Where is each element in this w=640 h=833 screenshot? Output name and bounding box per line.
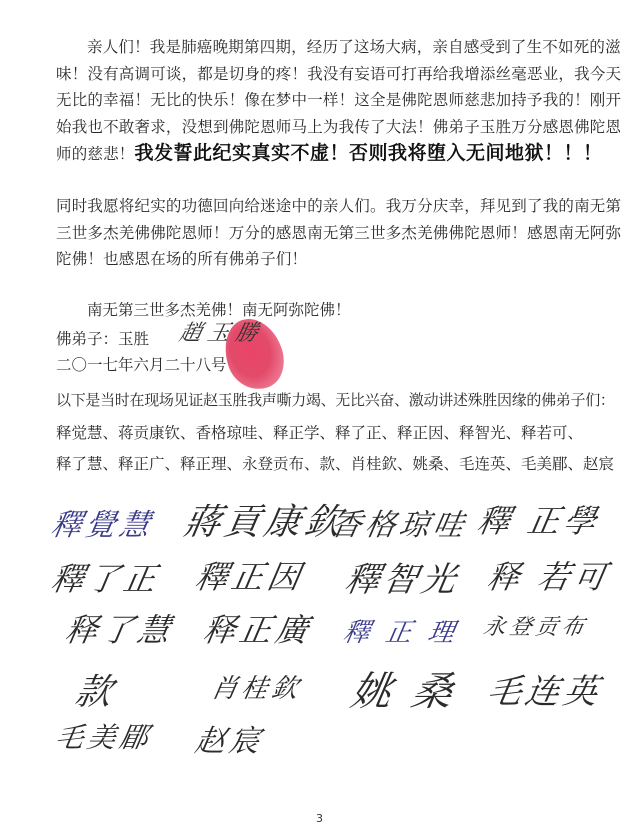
date-line: 二〇一七年六月二十八号 — [56, 353, 227, 375]
signature: 香格琼哇 — [328, 500, 472, 544]
signature: 释正廣 — [200, 605, 316, 651]
signature: 赵宸 — [192, 716, 268, 760]
disciple-name: 佛弟子：玉胜 — [56, 327, 149, 349]
signature: 釋 正 理 — [341, 612, 462, 649]
signature: 釋正因 — [192, 552, 308, 598]
witness-intro: 以下是当时在现场见证赵玉胜我声嘶力竭、无比兴奋、激动讲述殊胜因缘的佛弟子们： — [56, 389, 615, 410]
signature: 毛美郿 — [52, 716, 155, 756]
testimony-paragraph: 亲人们！我是肺癌晚期第四期，经历了这场大病，亲自感受到了生不如死的滋味！没有高调… — [56, 34, 624, 168]
signature: 毛连英 — [484, 664, 607, 713]
signature: 釋覺慧 — [48, 500, 158, 544]
document-page: 亲人们！我是肺癌晚期第四期，经历了这场大病，亲自感受到了生不如死的滋味！没有高调… — [0, 0, 640, 833]
signature: 永登贡布 — [481, 610, 590, 641]
signature: 姚 桑 — [347, 660, 462, 717]
signature: 釋 正學 — [474, 496, 604, 542]
signature: 释 若可 — [484, 552, 614, 598]
signature: 蔣貢康欽 — [181, 494, 350, 545]
dedication-paragraph: 同时我愿将纪实的功德回向给迷途中的亲人们。我万分庆幸，拜见到了我的南无第三世多杰… — [56, 193, 624, 273]
signature: 款 — [72, 664, 121, 715]
signature: 釋了正 — [48, 554, 164, 600]
page-number: 3 — [316, 812, 323, 825]
witness-names-line-2: 释了慧、释正广、释正理、永登贡布、款、肖桂欽、姚桑、毛连英、毛美郿、赵宸 — [56, 452, 614, 474]
signature: 肖桂欽 — [209, 668, 306, 705]
signature: 释了慧 — [62, 605, 178, 651]
witness-names-line-1: 释觉慧、蒋贡康钦、香格琼哇、释正学、释了正、释正因、释智光、释若可、 — [56, 421, 583, 443]
author-handwritten-signature: 趙玉勝 — [177, 316, 268, 347]
signature: 釋智光 — [342, 552, 465, 601]
oath-statement: 我发誓此纪实真实不虚！否则我将堕入无间地狱！！！ — [135, 142, 603, 164]
